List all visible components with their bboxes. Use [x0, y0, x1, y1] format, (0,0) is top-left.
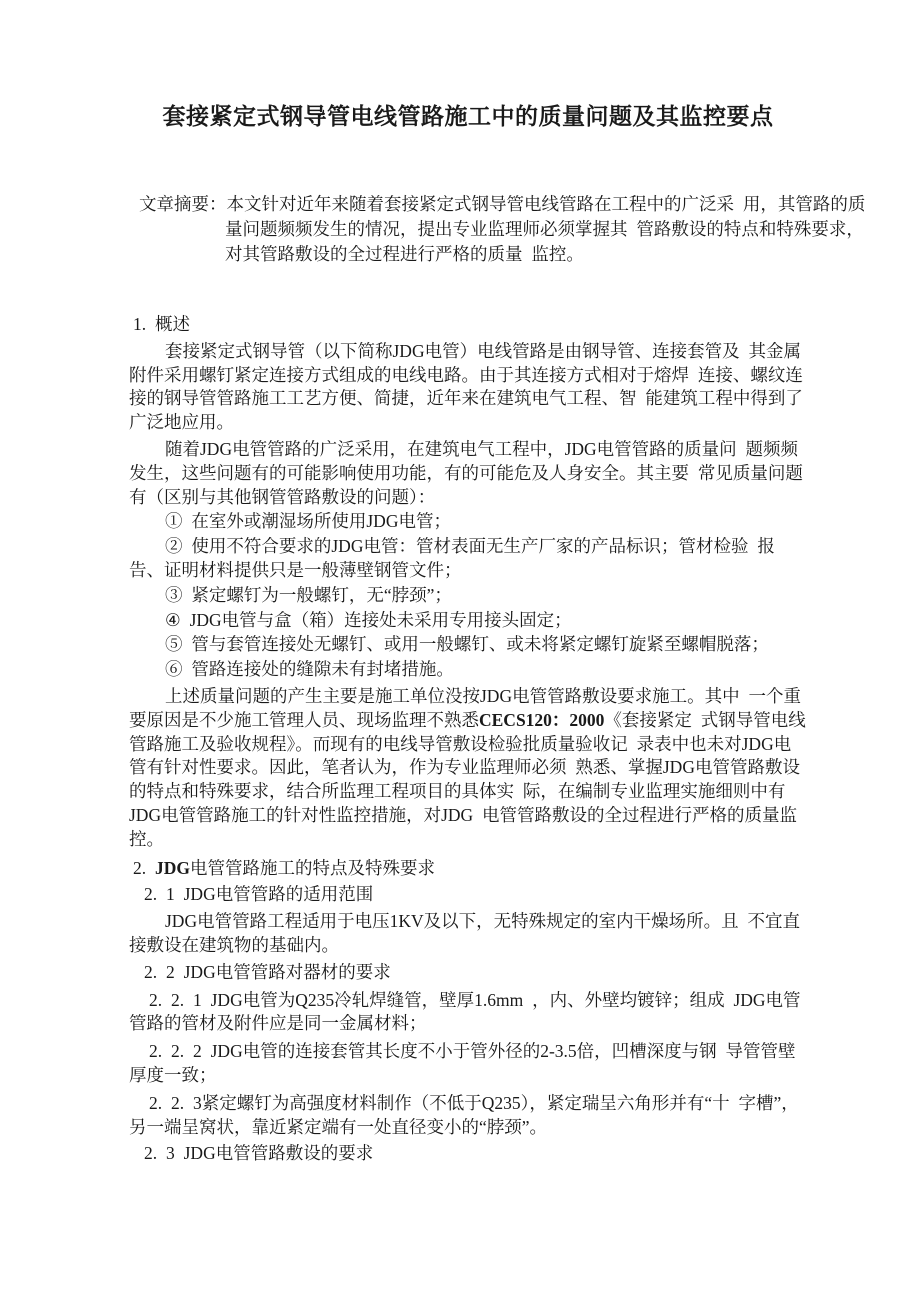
material-requirement-paragraph-1: 2. 2. 1 JDG电管为Q235冷轧焊缝管，壁厚1.6mm ，内、外壁均镀锌… [129, 989, 807, 1037]
abstract-label: 文章摘要： [139, 194, 227, 214]
section2-heading-bold: JDG [155, 858, 190, 878]
quality-issue-item: ② 使用不符合要求的JDG电管：管材表面无生产厂家的产品标识；管材检验 报告、证… [129, 535, 807, 583]
causes-text-after: 《套接紧定 式钢导管电线管路施工及验收规程》。而现有的电线导管敷设检验批质量验收… [129, 710, 806, 849]
standard-code: CECS120：2000 [479, 710, 604, 730]
abstract: 文章摘要：本文针对近年来随着套接紧定式钢导管电线管路在工程中的广泛采 用，其管路… [139, 192, 880, 267]
material-requirement-paragraph-2: 2. 2. 2 JDG电管的连接套管其长度不小于管外径的2-3.5倍，凹槽深度与… [129, 1040, 807, 1088]
scope-paragraph: JDG电管管路工程适用于电压1KV及以下，无特殊规定的室内干燥场所。且 不宜直接… [129, 910, 807, 958]
section21-heading: 2. 1 JDG电管管路的适用范围 [144, 883, 807, 907]
section1-heading: 1. 概述 [133, 313, 807, 337]
quality-issue-item: ⑥ 管路连接处的缝隙未有封堵措施。 [129, 658, 807, 682]
section2-heading: 2. JDG电管管路施工的特点及特殊要求 [133, 857, 807, 881]
section2-heading-text: 电管管路施工的特点及特殊要求 [190, 858, 435, 878]
abstract-text: 本文针对近年来随着套接紧定式钢导管电线管路在工程中的广泛采 用，其管路的质量问题… [225, 194, 865, 264]
quality-issue-item: ④ JDG电管与盒（箱）连接处未采用专用接头固定； [129, 609, 807, 633]
document-title: 套接紧定式钢导管电线管路施工中的质量问题及其监控要点 [129, 0, 807, 132]
document-content: 套接紧定式钢导管电线管路施工中的质量问题及其监控要点 文章摘要：本文针对近年来随… [129, 0, 807, 1166]
quality-issue-item: ① 在室外或潮湿场所使用JDG电管； [129, 510, 807, 534]
section23-heading: 2. 3 JDG电管管路敷设的要求 [144, 1142, 807, 1166]
quality-issue-item: ③ 紧定螺钉为一般螺钉，无“脖颈”； [129, 584, 807, 608]
section22-heading: 2. 2 JDG电管管路对器材的要求 [144, 961, 807, 985]
overview-paragraph-2: 随着JDG电管管路的广泛采用，在建筑电气工程中，JDG电管管路的质量问 题频频发… [129, 438, 807, 509]
causes-paragraph: 上述质量问题的产生主要是施工单位没按JDG电管管路敷设要求施工。其中 一个重要原… [129, 685, 807, 852]
section2-number: 2. [133, 858, 155, 878]
quality-issue-item: ⑤ 管与套管连接处无螺钉、或用一般螺钉、或未将紧定螺钉旋紧至螺帽脱落； [129, 633, 807, 657]
document-page: 套接紧定式钢导管电线管路施工中的质量问题及其监控要点 文章摘要：本文针对近年来随… [0, 0, 920, 1302]
overview-paragraph-1: 套接紧定式钢导管（以下简称JDG电管）电线管路是由钢导管、连接套管及 其金属附件… [129, 340, 807, 435]
material-requirement-paragraph-3: 2. 2. 3紧定螺钉为高强度材料制作（不低于Q235），紧定瑞呈六角形并有“十… [129, 1092, 807, 1140]
